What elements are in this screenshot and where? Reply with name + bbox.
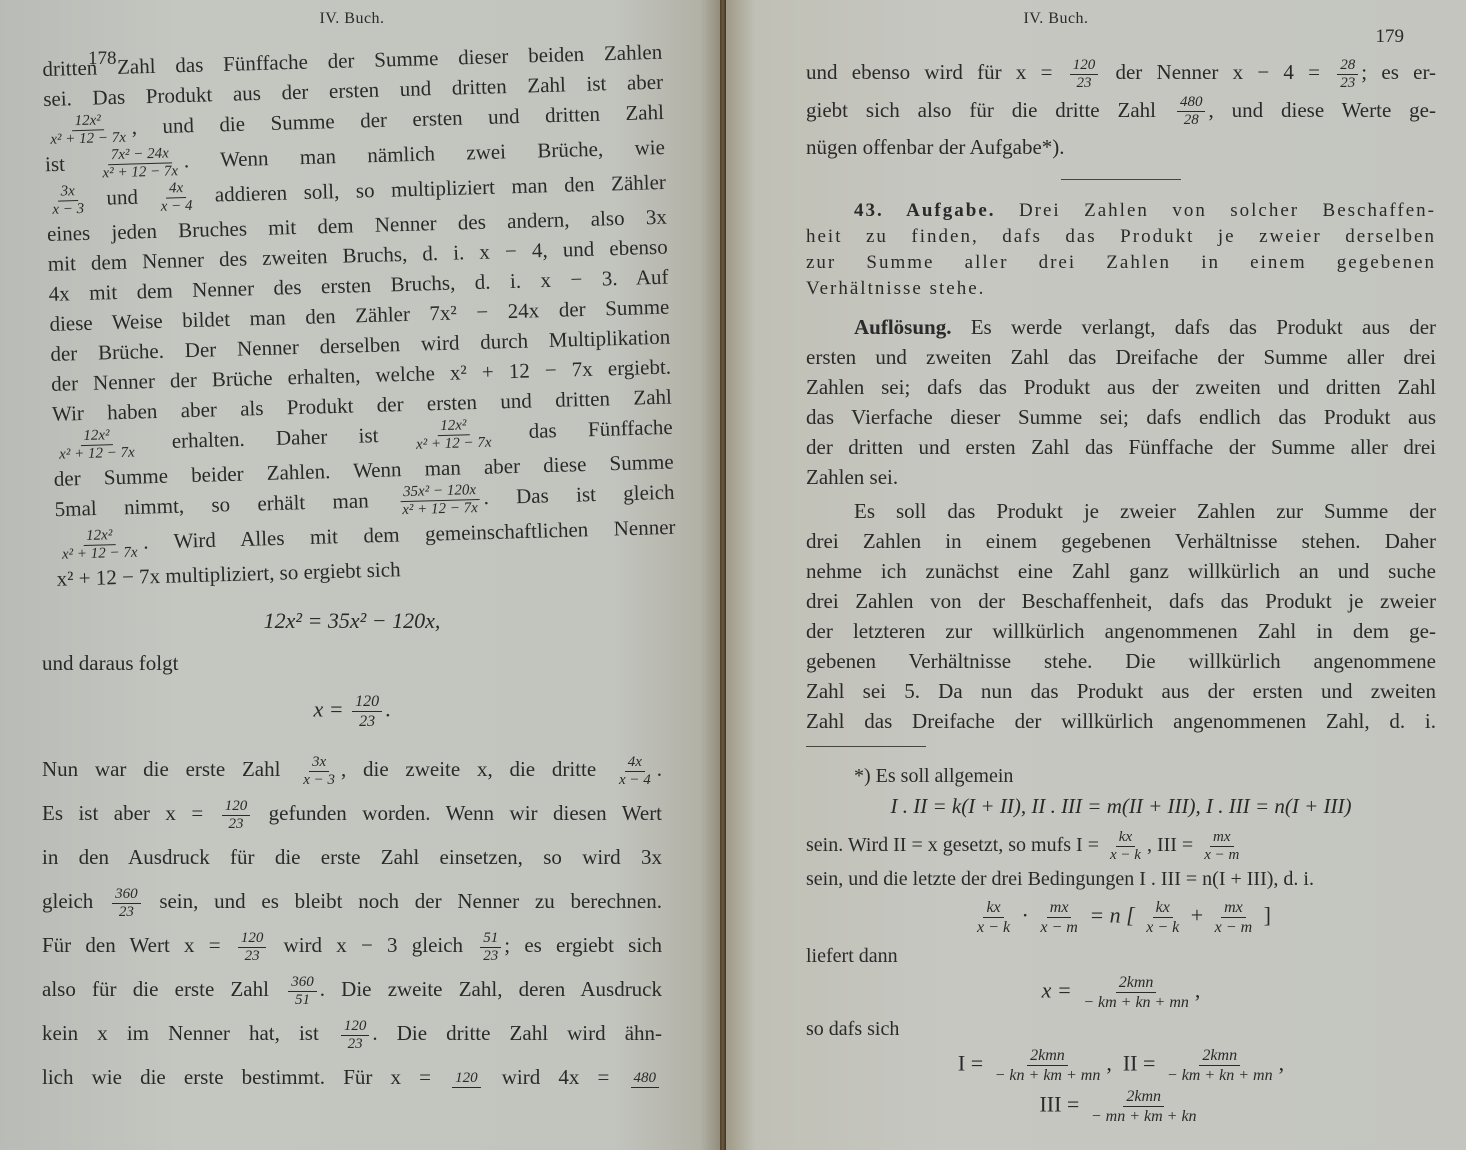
text-line: drei Zahlen in einem gegebenen Verhältni… <box>806 526 1436 556</box>
problem-43: 43. Aufgabe. Drei Zahlen von solcher Bes… <box>806 198 1436 302</box>
footnote-line-3: sein. Wird II = x gesetzt, so mufs I = k… <box>806 829 1436 864</box>
fraction: 12x²x² + 12 − 7x <box>412 417 495 454</box>
solution-paragraph: Auflösung. Es werde verlangt, dafs das P… <box>806 312 1436 492</box>
text-line: also für die erste Zahl 36051. Die zweit… <box>42 967 662 1011</box>
text-line: heit zu finden, dafs das Produkt je zwei… <box>806 224 1436 250</box>
fraction: 12x²x² + 12 − 7x <box>58 526 141 563</box>
left-paragraph-1: dritten Zahl das Fünffache der Summe die… <box>42 37 677 594</box>
text-line: kein x im Nenner hat, ist 12023. Die dri… <box>42 1011 662 1055</box>
text-line: Zahl sei 5. Da nun das Produkt aus der e… <box>806 676 1436 706</box>
footnote-equation-2: x = 2kmn− km + kn + mn, <box>806 973 1436 1012</box>
text-line: giebt sich also für die dritte Zahl 4802… <box>806 92 1436 130</box>
running-head-right: IV. Buch. <box>806 10 1436 32</box>
footnote: *) Es soll allgemein I . II = k(I + II),… <box>806 761 1436 1126</box>
solution-label: Auflösung. <box>854 315 951 339</box>
left-page: IV. Buch. 178 dritten Zahl das Fünffache… <box>0 0 722 1150</box>
fraction: 3xx − 3 <box>49 183 88 219</box>
fraction: 35x² − 120xx² + 12 − 7x <box>399 482 482 519</box>
text-line: Für den Wert x = 12023 wird x − 3 gleich… <box>42 923 662 967</box>
text-line: gleich 36023 sein, und es bleibt noch de… <box>42 879 662 923</box>
text-line: das Vierfache dieser Summe sei; dafs end… <box>806 402 1436 432</box>
so-dass-sich: so dafs sich <box>806 1014 1436 1044</box>
text-line: drei Zahlen von der Beschaffenheit, dafs… <box>806 586 1436 616</box>
text-line: ersten und zweiten Zahl das Dreifache de… <box>806 342 1436 372</box>
text-line: Zahlen sei; dafs das Produkt aus der zwe… <box>806 372 1436 402</box>
running-head-left: IV. Buch. <box>42 10 662 32</box>
footnote-divider <box>806 746 926 747</box>
text-line: Es soll das Produkt je zweier Zahlen zur… <box>806 496 1436 526</box>
fraction: 7x² − 24xx² + 12 − 7x <box>99 145 182 182</box>
text-line: Auflösung. Es werde verlangt, dafs das P… <box>806 312 1436 342</box>
footnote-conditions: I . II = k(I + II), II . III = m(II + II… <box>806 791 1436 821</box>
und-daraus-folgt: und daraus folgt <box>42 648 662 678</box>
page-number-right: 179 <box>1376 26 1405 48</box>
right-page: IV. Buch. 179 und ebenso wird für x = 12… <box>726 0 1466 1150</box>
text-line: und ebenso wird für x = 12023 der Nenner… <box>806 54 1436 92</box>
fraction: 4xx − 4 <box>157 180 196 216</box>
equation-12x2: 12x² = 35x² − 120x, <box>42 608 662 634</box>
liefert-dann: liefert dann <box>806 941 1436 971</box>
text-line: gebenen Verhältnisse stehe. Die willkürl… <box>806 646 1436 676</box>
text-line: nügen offenbar der Aufgabe*). <box>806 129 1436 165</box>
text-line: Zahl das Dreifache der willkürlich angen… <box>806 706 1436 736</box>
fraction: 12023 <box>352 692 382 731</box>
footnote-equation-4: III = 2kmn− mn + km + kn <box>806 1087 1436 1126</box>
text-line: der letzteren zur willkürlich angenommen… <box>806 616 1436 646</box>
footnote-equation-3: I = 2kmn− kn + km + mn, II = 2kmn− km + … <box>806 1046 1436 1085</box>
text-line: Zahlen sei. <box>806 462 1436 492</box>
fraction: 12x²x² + 12 − 7x <box>55 426 138 463</box>
fraction: 12x²x² + 12 − 7x <box>47 112 130 149</box>
section-divider <box>1061 179 1181 180</box>
text-line: nehme ich zunächst eine Zahl ganz willkü… <box>806 556 1436 586</box>
text-line: Verhältnisse stehe. <box>806 276 1436 302</box>
equation-x-solution: x = 12023. <box>42 692 662 731</box>
text-line: Nun war die erste Zahl 3xx − 3, die zwei… <box>42 747 662 791</box>
footnote-intro: *) Es soll allgemein <box>806 761 1436 791</box>
footnote-equation-1: kxx − k · mxx − m = n [ kxx − k + mxx − … <box>806 898 1436 937</box>
text-line: Es ist aber x = 12023 gefunden worden. W… <box>42 791 662 835</box>
right-top-paragraph: und ebenso wird für x = 12023 der Nenner… <box>806 54 1436 165</box>
footnote-line-4: sein, und die letzte der drei Bedingunge… <box>806 864 1436 894</box>
text-line: 43. Aufgabe. Drei Zahlen von solcher Bes… <box>806 198 1436 224</box>
text-line: lich wie die erste bestimmt. Für x = 120… <box>42 1055 662 1099</box>
text-line: der dritten und ersten Zahl das Fünffach… <box>806 432 1436 462</box>
left-paragraph-2: Nun war die erste Zahl 3xx − 3, die zwei… <box>42 747 662 1099</box>
right-paragraph-2: Es soll das Produkt je zweier Zahlen zur… <box>806 496 1436 736</box>
problem-number: 43. Aufgabe. <box>854 200 996 221</box>
text-line: zur Summe aller drei Zahlen in einem geg… <box>806 250 1436 276</box>
text-line: in den Ausdruck für die erste Zahl einse… <box>42 835 662 879</box>
